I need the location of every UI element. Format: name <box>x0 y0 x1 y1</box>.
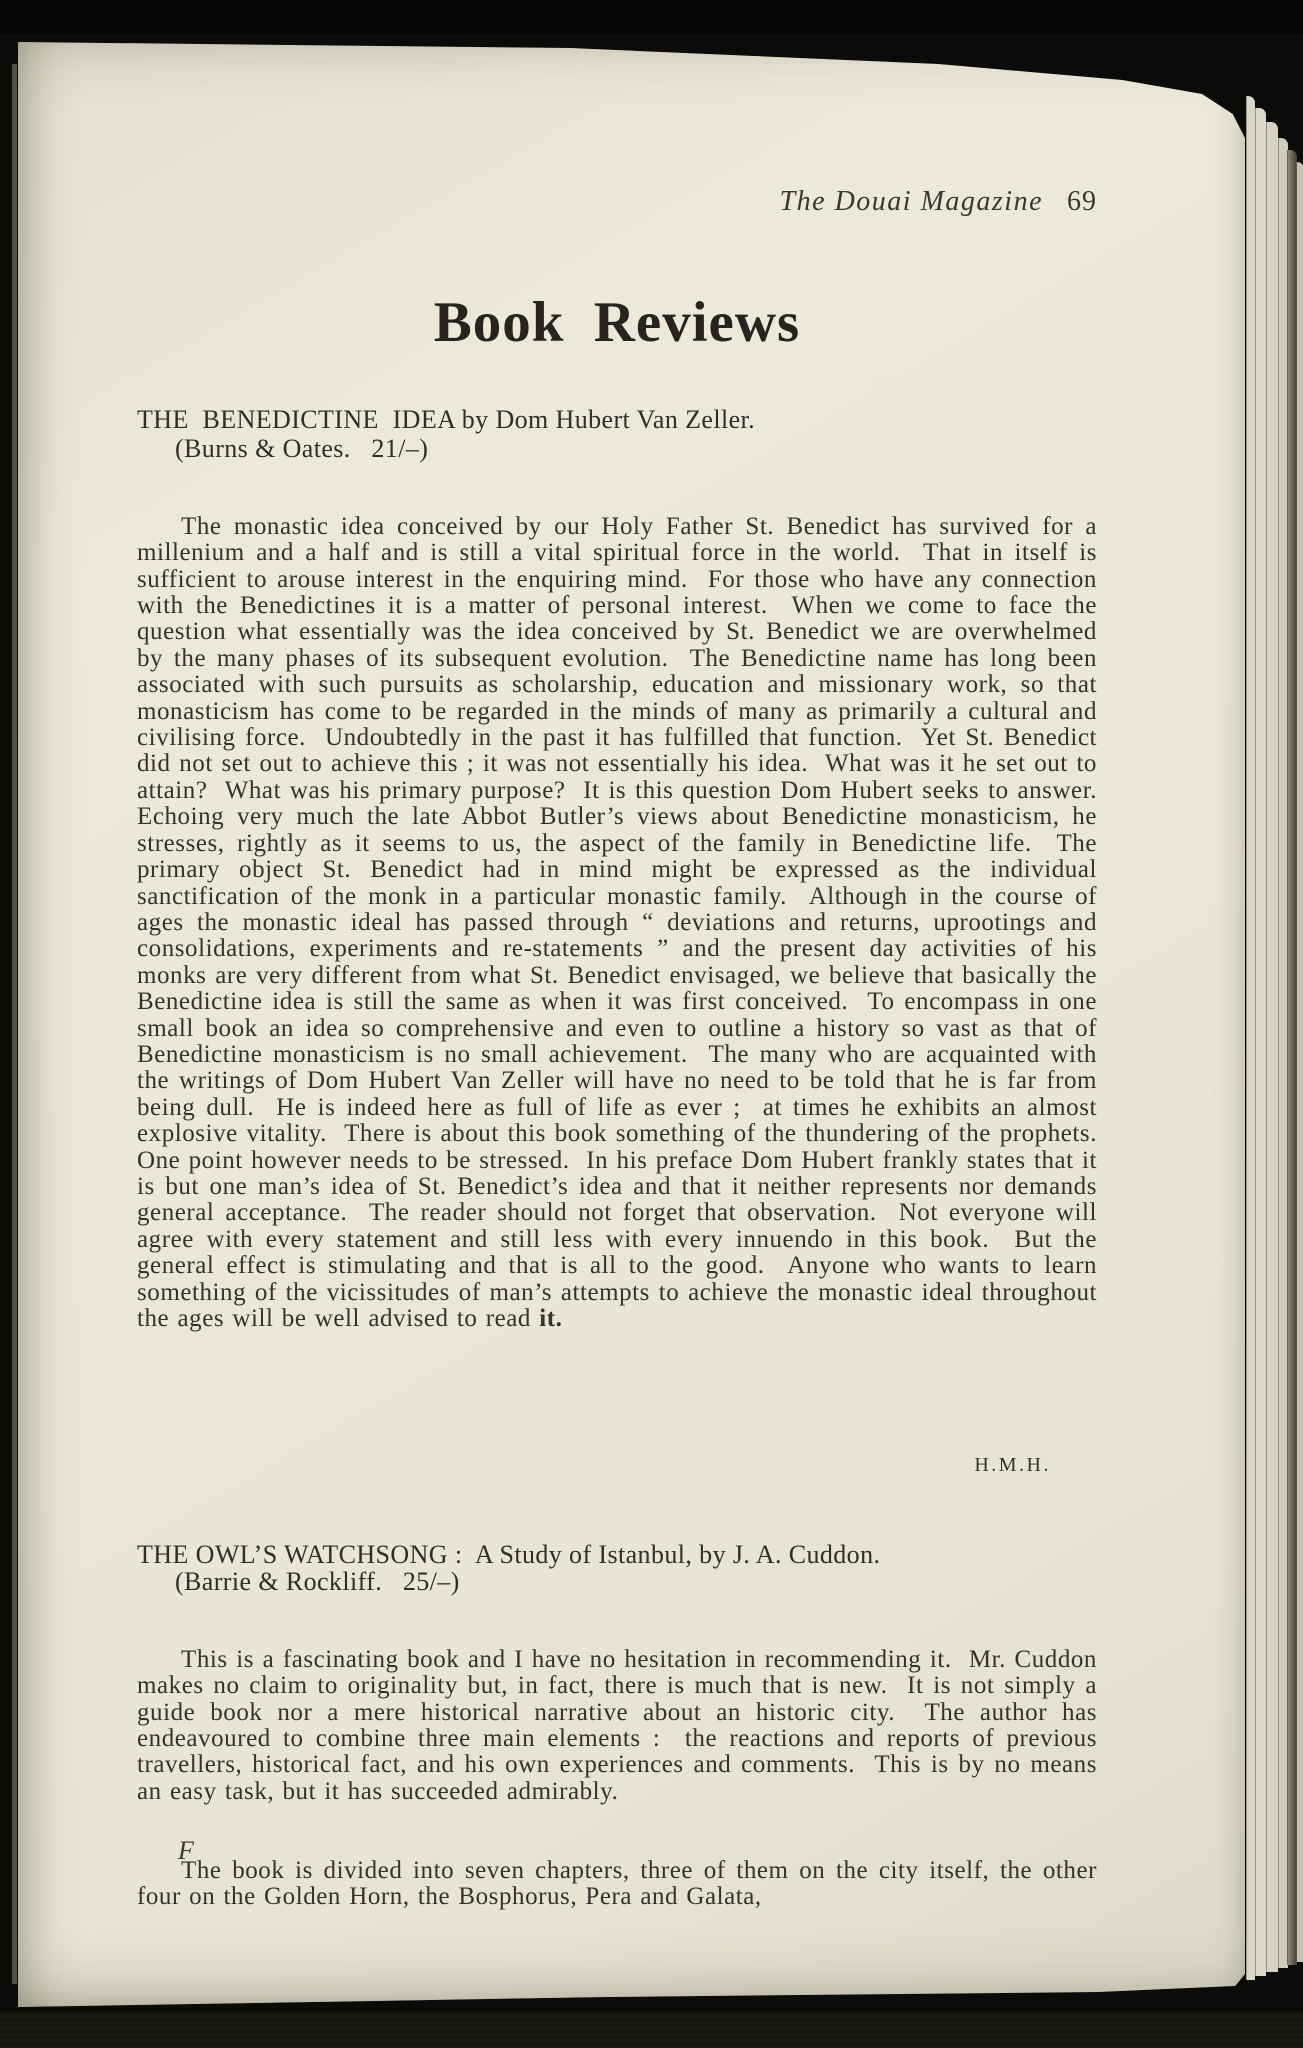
scan-background-top <box>0 0 1303 34</box>
review-1-heading: THE BENEDICTINE IDEA by Dom Hubert Van Z… <box>137 406 1097 434</box>
page-edge-stack <box>1266 122 1278 1972</box>
page-number: 69 <box>1067 186 1097 217</box>
review-2-paragraph: The book is divided into seven chapters,… <box>137 1858 1097 1911</box>
review-2-imprint: (Barrie & Rockliff. 25/–) <box>175 1568 1095 1596</box>
page-title: Book Reviews <box>137 292 1097 354</box>
scanned-book-photo: { "page_header": { "magazine_title": "Th… <box>0 0 1303 2048</box>
page-edge-stack <box>1296 162 1303 1962</box>
review-1-emphasis: it. <box>539 1305 562 1332</box>
magazine-page: The Douai Magazine69 Book Reviews THE BE… <box>18 30 1245 2008</box>
review-1-signature: H.M.H. <box>137 1454 1097 1477</box>
page-edge-stack <box>1255 108 1266 1976</box>
review-1-body: The monastic idea conceived by our Holy … <box>137 461 1097 1385</box>
scan-background-bottom <box>0 2012 1303 2048</box>
running-head: The Douai Magazine69 <box>137 186 1097 218</box>
magazine-title: The Douai Magazine <box>780 186 1043 217</box>
review-1-text: The monastic idea conceived by our Holy … <box>137 513 1114 1332</box>
review-2-body: This is a fascinating book and I have no… <box>137 1594 1097 1964</box>
review-1-paragraph: The monastic idea conceived by our Holy … <box>137 514 1097 1333</box>
review-1-imprint: (Burns & Oates. 21/–) <box>175 435 1095 463</box>
page-edge-stack <box>1246 96 1255 1980</box>
review-2-heading: THE OWL’S WATCHSONG : A Study of Istanbu… <box>137 1541 1097 1569</box>
review-2-paragraph: This is a fascinating book and I have no… <box>137 1647 1097 1805</box>
binding-edge-left <box>12 64 17 1984</box>
printer-signature-mark: F <box>178 1836 194 1866</box>
